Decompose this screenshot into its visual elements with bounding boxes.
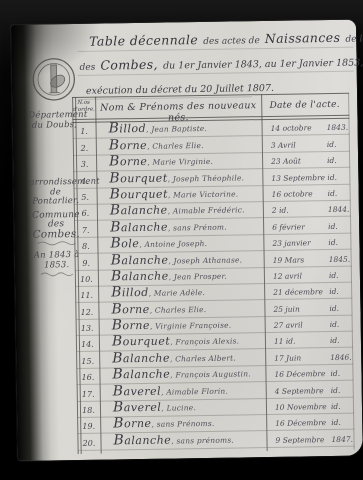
date-day-month: 16 octobre <box>272 189 328 199</box>
title-commune-ref: de la Commune <box>345 34 363 45</box>
row-date-cell: 9 Septembre 1847. <box>266 434 354 446</box>
title-date-range: du 1er Janvier 1843, au 1er Janvier 1853… <box>163 57 363 72</box>
row-number: 19. <box>77 422 100 433</box>
title-connector: des actes de <box>203 36 260 47</box>
date-day-month: 6 février <box>272 222 328 232</box>
date-day-month: 9 Septembre <box>275 435 331 445</box>
title-acts-type: Naissances <box>265 30 341 46</box>
date-year: id. <box>330 336 340 345</box>
date-year: id. <box>331 418 341 427</box>
row-number: 12. <box>75 307 98 318</box>
date-year: id. <box>327 140 337 149</box>
row-number: 17. <box>77 389 100 400</box>
title-line1: Table décennale des actes de Naissances … <box>77 27 353 52</box>
row-date-cell: 14 octobre 1843. <box>262 123 350 135</box>
row-number: 9. <box>75 258 98 269</box>
date-day-month: 16 Décembre <box>275 418 331 428</box>
table-rows: 1. Billod, Jean Baptiste. 14 octobre 184… <box>72 119 354 451</box>
document-page: Département du Doubs, arrondissement de … <box>11 20 363 461</box>
row-number: 10. <box>75 275 98 286</box>
date-day-month: 19 Mars <box>273 255 329 265</box>
title-commune-name: Combes, <box>100 57 158 73</box>
row-date-cell: 16 octobre id. <box>263 189 351 201</box>
row-date-cell: 17 Juin 1846. <box>265 353 353 365</box>
date-day-month: 4 Septembre <box>275 386 331 396</box>
row-number: 14. <box>76 340 99 351</box>
date-day-month: 21 décembre <box>273 287 329 297</box>
row-date-cell: 16 Décembre id. <box>265 369 353 381</box>
date-year: 1846. <box>330 353 352 362</box>
date-year: 1844. <box>328 205 350 214</box>
given-names: sans prénoms. <box>176 435 234 445</box>
date-year: id. <box>328 222 338 231</box>
row-number: 8. <box>74 242 97 253</box>
row-number: 18. <box>77 406 100 417</box>
row-number: 3. <box>73 160 96 171</box>
number-header-line2: d'ordre. <box>72 106 95 113</box>
date-day-month: 13 Septembre <box>271 173 327 183</box>
row-date-cell: 27 avril id. <box>265 320 353 332</box>
date-year: id. <box>327 172 337 181</box>
row-number: 16. <box>76 373 99 384</box>
row-date-cell: 25 juin id. <box>264 303 352 315</box>
row-date-cell: 10 Novembre id. <box>266 402 354 414</box>
date-day-month: 2 id. <box>272 205 328 215</box>
date-year: id. <box>329 304 339 313</box>
row-date-cell: 23 Août id. <box>262 156 350 168</box>
row-number: 13. <box>76 324 99 335</box>
column-header-number: N.os d'ordre. <box>72 100 95 113</box>
date-day-month: 10 Novembre <box>275 402 331 412</box>
row-date-cell: 19 Mars 1845. <box>264 254 352 266</box>
row-number: 2. <box>73 143 96 154</box>
flourish-icon <box>40 271 74 278</box>
row-number: 4. <box>73 176 96 187</box>
date-year: id. <box>329 287 339 296</box>
date-day-month: 27 avril <box>274 320 330 330</box>
date-year: 1845. <box>329 254 351 263</box>
row-number: 5. <box>74 193 97 204</box>
date-day-month: 17 Juin <box>274 353 330 363</box>
surname: Balanche <box>113 431 171 448</box>
row-date-cell: 16 Décembre id. <box>266 418 354 430</box>
date-day-month: 12 avril <box>273 271 329 281</box>
date-day-month: 16 Décembre <box>274 369 330 379</box>
flourish-icon <box>36 240 76 247</box>
title-line2: des Combes, du 1er Janvier 1843, au 1er … <box>77 51 353 76</box>
row-number: 7. <box>74 225 97 236</box>
date-year: 1843. <box>327 123 349 132</box>
date-year: id. <box>328 189 338 198</box>
row-number: 15. <box>76 357 99 368</box>
date-year: id. <box>330 369 340 378</box>
row-date-cell: 4 Septembre id. <box>266 385 354 397</box>
row-date-cell: 23 janvier id. <box>263 238 351 250</box>
date-year: 1847. <box>331 434 353 443</box>
title-main: Table décennale <box>89 32 198 49</box>
date-year: id. <box>330 320 340 329</box>
date-year: id. <box>328 238 338 247</box>
date-day-month: 3 Avril <box>271 140 327 150</box>
date-year: id. <box>329 271 339 280</box>
row-name-cell: Balanche, sans prénoms. <box>100 427 266 450</box>
row-date-cell: 2 id. 1844. <box>263 205 351 217</box>
row-number: 1. <box>73 127 96 138</box>
date-day-month: 11 id. <box>274 337 330 347</box>
date-day-month: 23 janvier <box>272 238 328 248</box>
column-header-date: Date de l'acte. <box>261 100 348 111</box>
date-day-month: 23 Août <box>271 156 327 166</box>
date-day-month: 14 octobre <box>271 123 327 133</box>
row-date-cell: 13 Septembre id. <box>262 172 350 184</box>
row-date-cell: 6 février id. <box>263 221 351 233</box>
date-day-month: 25 juin <box>273 304 329 314</box>
row-date-cell: 21 décembre id. <box>264 287 352 299</box>
row-number: 6. <box>74 209 97 220</box>
official-stamp-icon <box>30 56 77 103</box>
date-year: id. <box>327 156 337 165</box>
title-line2-prefix: des <box>80 63 96 73</box>
date-year: id. <box>331 386 341 395</box>
row-date-cell: 11 id. id. <box>265 336 353 348</box>
table-row: 20. Balanche, sans prénoms. 9 Septembre … <box>77 430 354 451</box>
row-number: 11. <box>75 291 98 302</box>
date-year: id. <box>331 402 341 411</box>
row-date-cell: 3 Avril id. <box>262 139 350 151</box>
row-number: 20. <box>77 438 100 449</box>
row-date-cell: 12 avril id. <box>264 271 352 283</box>
document-title: Table décennale des actes de Naissances … <box>77 27 354 103</box>
